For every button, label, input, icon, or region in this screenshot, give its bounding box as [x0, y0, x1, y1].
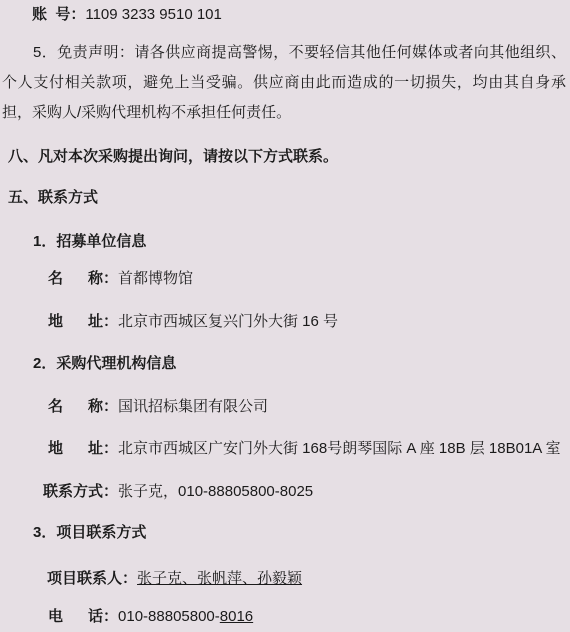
account-value: 1109 3233 9510 101: [85, 6, 222, 23]
section1-address-label: 地 址：: [48, 313, 118, 330]
section2-address-label: 地 址：: [48, 440, 118, 457]
section3-phone-extension: 8016: [220, 608, 253, 625]
section3-contacts-value: 张子克、张帆萍、孙毅颖: [137, 570, 302, 587]
section1-name-label: 名 称：: [48, 270, 118, 287]
account-label: 账 号：: [32, 6, 85, 23]
section2-contact-value: 张子克，010-88805800-8025: [118, 483, 313, 500]
disclaimer-paragraph: 5．免责声明：请各供应商提高警惕，不要轻信其他任何媒体或者向其他组织、个人支付相…: [2, 38, 566, 128]
section2-name-label: 名 称：: [48, 398, 118, 415]
section2-contact-row: 联系方式：张子克，010-88805800-8025: [43, 482, 313, 502]
section3-phone-label: 电 话：: [48, 608, 118, 625]
section2-title: 2．采购代理机构信息: [33, 354, 176, 374]
section1-address-value: 北京市西城区复兴门外大街 16 号: [118, 313, 338, 330]
document-page: 账 号：1109 3233 9510 101 5．免责声明：请各供应商提高警惕，…: [0, 0, 570, 632]
section2-name-row: 名 称：国讯招标集团有限公司: [48, 397, 268, 417]
section2-name-value: 国讯招标集团有限公司: [118, 398, 268, 415]
section3-title: 3．项目联系方式: [33, 523, 146, 543]
section3-phone-row: 电 话：010-88805800-8016: [48, 607, 253, 627]
heading-contact: 五、联系方式: [8, 188, 98, 208]
account-line: 账 号：1109 3233 9510 101: [32, 5, 222, 25]
section1-name-row: 名 称：首都博物馆: [48, 269, 193, 289]
section1-name-value: 首都博物馆: [118, 270, 193, 287]
section3-contacts-row: 项目联系人：张子克、张帆萍、孙毅颖: [47, 569, 302, 589]
section2-address-row: 地 址：北京市西城区广安门外大街 168号朗琴国际 A 座 18B 层 18B0…: [48, 439, 561, 459]
section2-address-value: 北京市西城区广安门外大街 168号朗琴国际 A 座 18B 层 18B01A 室: [118, 440, 561, 457]
heading-inquiry: 八、凡对本次采购提出询问，请按以下方式联系。: [8, 147, 338, 167]
section1-address-row: 地 址：北京市西城区复兴门外大街 16 号: [48, 312, 338, 332]
section3-contacts-label: 项目联系人：: [47, 570, 137, 587]
section1-title: 1．招募单位信息: [33, 232, 146, 252]
section3-phone-value: 010-88805800-: [118, 608, 220, 625]
section2-contact-label: 联系方式：: [43, 483, 118, 500]
